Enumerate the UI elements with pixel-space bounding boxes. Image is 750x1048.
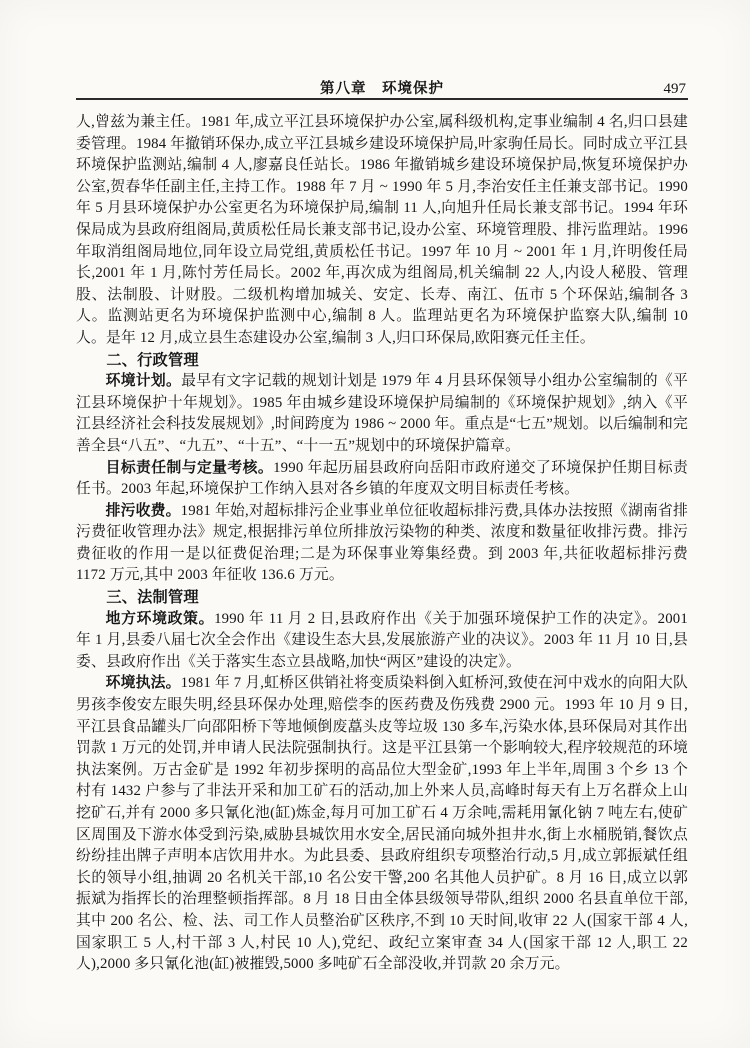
chapter-title: 第八章 环境保护 [76,78,688,100]
running-head: 第八章 环境保护 497 [76,78,688,100]
section-heading: 三、法制管理 [76,587,688,609]
section-heading: 二、行政管理 [76,350,688,372]
paragraph: 人,曾兹为兼主任。1981 年,成立平江县环境保护办公室,属科级机构,定事业编制… [76,112,688,350]
paragraph: 环境计划。最早有文字记载的规划计划是 1979 年 4 月县环保领导小组办公室编… [76,371,688,457]
page-body: 人,曾兹为兼主任。1981 年,成立平江县环境保护办公室,属科级机构,定事业编制… [76,112,688,976]
page-content: 第八章 环境保护 497 人,曾兹为兼主任。1981 年,成立平江县环境保护办公… [76,78,688,976]
paragraph-lead: 环境计划。 [106,373,182,389]
paragraph-lead: 目标责任制与定量考核。 [106,460,273,476]
paragraph: 地方环境政策。1990 年 11 月 2 日,县政府作出《关于加强环境保护工作的… [76,609,688,674]
paragraph: 环境执法。1981 年 7 月,虹桥区供销社将变质染料倒入虹桥河,致使在河中戏水… [76,673,688,975]
paragraph-text: 1981 年 7 月,虹桥区供销社将变质染料倒入虹桥河,致使在河中戏水的向阳大队… [76,675,688,972]
paragraph-lead: 地方环境政策。 [106,611,214,627]
paragraph: 目标责任制与定量考核。1990 年起历届县政府向岳阳市政府递交了环境保护任期目标… [76,458,688,501]
paragraph-lead: 排污收费。 [106,503,181,519]
paragraph-lead: 环境执法。 [106,675,181,691]
paragraph-text: 人,曾兹为兼主任。1981 年,成立平江县环境保护办公室,属科级机构,定事业编制… [76,114,688,346]
paragraph: 排污收费。1981 年始,对超标排污企业事业单位征收超标排污费,具体办法按照《湖… [76,501,688,587]
scanned-book-page: 第八章 环境保护 497 人,曾兹为兼主任。1981 年,成立平江县环境保护办公… [0,0,750,1048]
page-number: 497 [664,78,687,100]
